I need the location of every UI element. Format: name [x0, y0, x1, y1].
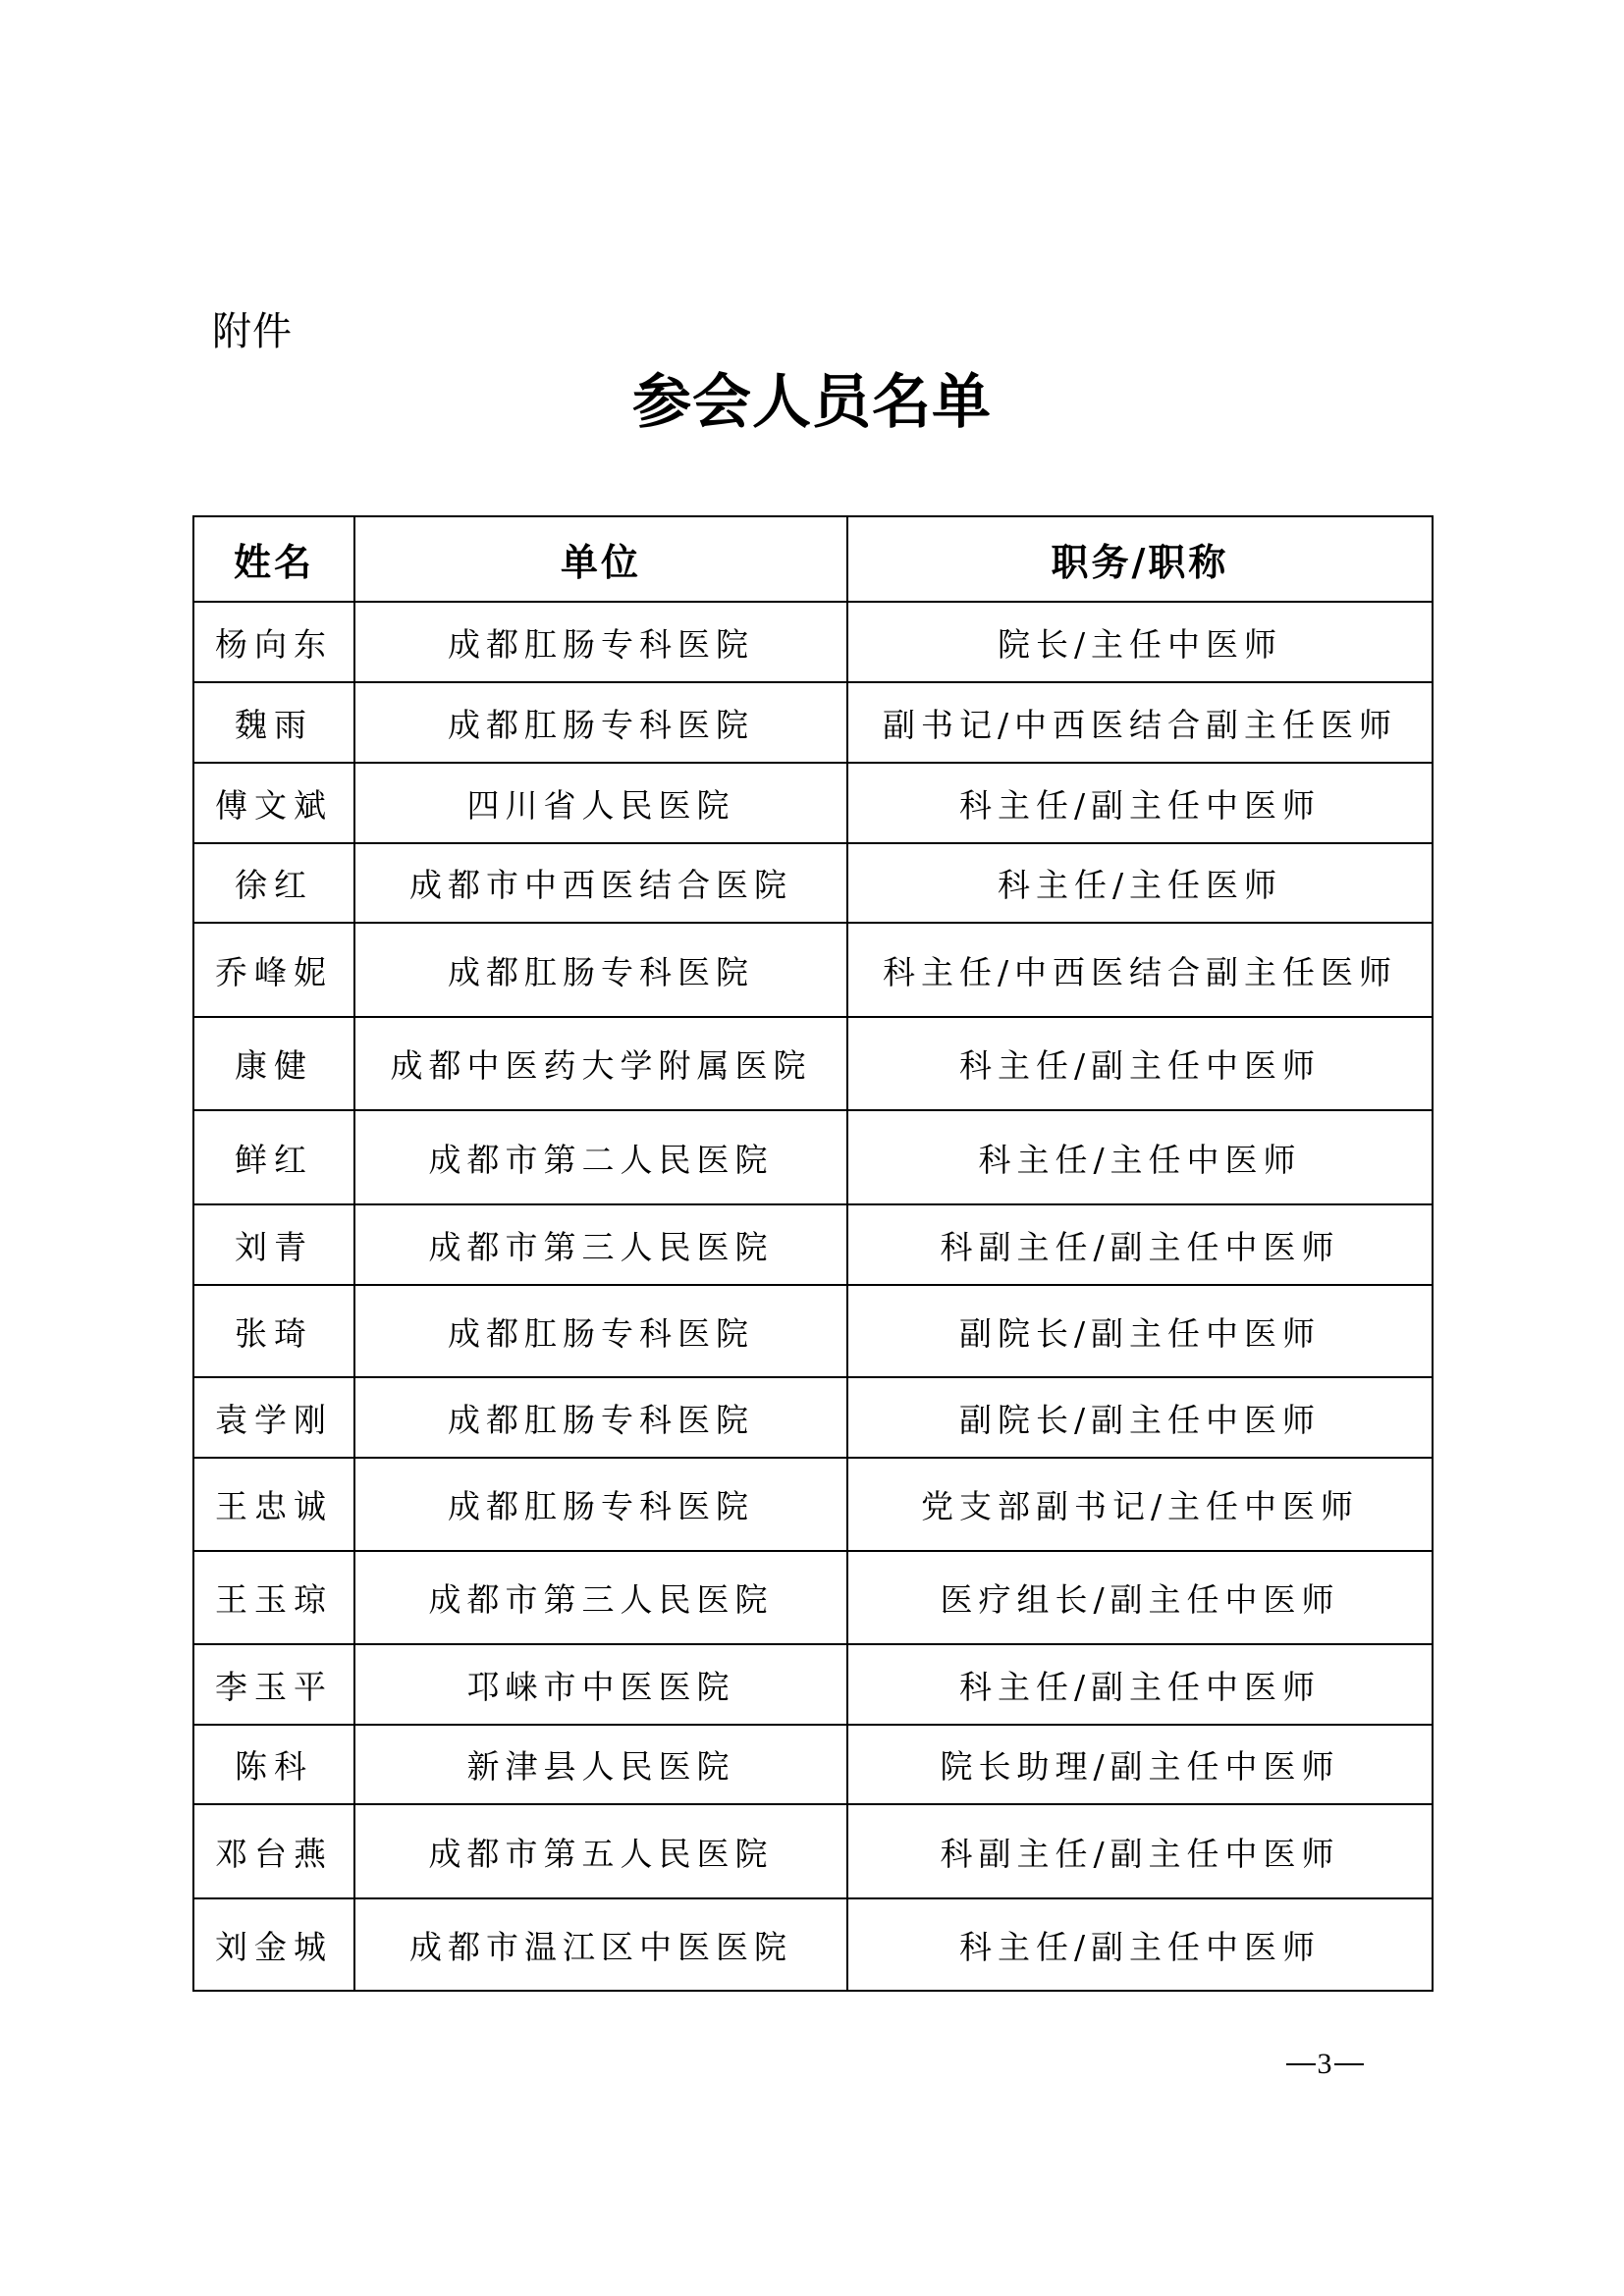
unit-cell: 成都肛肠专科医院: [354, 1458, 847, 1551]
column-header-position: 职务/职称: [847, 516, 1433, 602]
position-cell: 科主任/主任医师: [847, 843, 1433, 923]
table-row: 乔峰妮成都肛肠专科医院科主任/中西医结合副主任医师: [193, 923, 1433, 1017]
table-row: 刘青成都市第三人民医院科副主任/副主任中医师: [193, 1204, 1433, 1285]
table-row: 鲜红成都市第二人民医院科主任/主任中医师: [193, 1110, 1433, 1204]
table-row: 袁学刚成都肛肠专科医院副院长/副主任中医师: [193, 1377, 1433, 1458]
column-header-unit: 单位: [354, 516, 847, 602]
position-cell: 科副主任/副主任中医师: [847, 1804, 1433, 1898]
name-cell: 鲜红: [193, 1110, 354, 1204]
position-cell: 科主任/副主任中医师: [847, 763, 1433, 843]
unit-cell: 成都市中西医结合医院: [354, 843, 847, 923]
unit-cell: 成都肛肠专科医院: [354, 1285, 847, 1377]
name-cell: 康健: [193, 1017, 354, 1110]
unit-cell: 成都肛肠专科医院: [354, 602, 847, 682]
table-row: 康健成都中医药大学附属医院科主任/副主任中医师: [193, 1017, 1433, 1110]
unit-cell: 新津县人民医院: [354, 1725, 847, 1804]
table-row: 张琦成都肛肠专科医院副院长/副主任中医师: [193, 1285, 1433, 1377]
position-cell: 科主任/副主任中医师: [847, 1644, 1433, 1725]
table-row: 李玉平邛崃市中医医院科主任/副主任中医师: [193, 1644, 1433, 1725]
position-cell: 副院长/副主任中医师: [847, 1285, 1433, 1377]
table-row: 徐红成都市中西医结合医院科主任/主任医师: [193, 843, 1433, 923]
position-cell: 科主任/主任中医师: [847, 1110, 1433, 1204]
name-cell: 王忠诚: [193, 1458, 354, 1551]
position-cell: 医疗组长/副主任中医师: [847, 1551, 1433, 1644]
table-row: 傅文斌四川省人民医院科主任/副主任中医师: [193, 763, 1433, 843]
table-row: 刘金城成都市温江区中医医院科主任/副主任中医师: [193, 1898, 1433, 1991]
position-cell: 院长/主任中医师: [847, 602, 1433, 682]
unit-cell: 邛崃市中医医院: [354, 1644, 847, 1725]
unit-cell: 成都市温江区中医医院: [354, 1898, 847, 1991]
name-cell: 傅文斌: [193, 763, 354, 843]
position-cell: 科主任/中西医结合副主任医师: [847, 923, 1433, 1017]
name-cell: 杨向东: [193, 602, 354, 682]
page-number-dash-left: [1286, 2063, 1316, 2065]
position-cell: 副院长/副主任中医师: [847, 1377, 1433, 1458]
table-row: 邓台燕成都市第五人民医院科副主任/副主任中医师: [193, 1804, 1433, 1898]
name-cell: 王玉琼: [193, 1551, 354, 1644]
page-number-dash-right: [1334, 2063, 1364, 2065]
unit-cell: 成都市第三人民医院: [354, 1551, 847, 1644]
unit-cell: 成都市第二人民医院: [354, 1110, 847, 1204]
name-cell: 乔峰妮: [193, 923, 354, 1017]
name-cell: 李玉平: [193, 1644, 354, 1725]
table-body: 杨向东成都肛肠专科医院院长/主任中医师 魏雨成都肛肠专科医院副书记/中西医结合副…: [193, 602, 1433, 1991]
table-row: 杨向东成都肛肠专科医院院长/主任中医师: [193, 602, 1433, 682]
attendee-table: 姓名 单位 职务/职称 杨向东成都肛肠专科医院院长/主任中医师 魏雨成都肛肠专科…: [192, 515, 1434, 1992]
unit-cell: 成都肛肠专科医院: [354, 1377, 847, 1458]
name-cell: 邓台燕: [193, 1804, 354, 1898]
name-cell: 陈科: [193, 1725, 354, 1804]
unit-cell: 成都肛肠专科医院: [354, 923, 847, 1017]
position-cell: 科主任/副主任中医师: [847, 1898, 1433, 1991]
page-number-value: 3: [1316, 2048, 1334, 2081]
position-cell: 科主任/副主任中医师: [847, 1017, 1433, 1110]
page-title: 参会人员名单: [0, 369, 1624, 436]
table-header-row: 姓名 单位 职务/职称: [193, 516, 1433, 602]
name-cell: 刘金城: [193, 1898, 354, 1991]
table-row: 王忠诚成都肛肠专科医院党支部副书记/主任中医师: [193, 1458, 1433, 1551]
table-row: 魏雨成都肛肠专科医院副书记/中西医结合副主任医师: [193, 682, 1433, 763]
unit-cell: 成都中医药大学附属医院: [354, 1017, 847, 1110]
table-row: 王玉琼成都市第三人民医院医疗组长/副主任中医师: [193, 1551, 1433, 1644]
position-cell: 党支部副书记/主任中医师: [847, 1458, 1433, 1551]
table-row: 陈科新津县人民医院院长助理/副主任中医师: [193, 1725, 1433, 1804]
name-cell: 魏雨: [193, 682, 354, 763]
unit-cell: 四川省人民医院: [354, 763, 847, 843]
name-cell: 袁学刚: [193, 1377, 354, 1458]
column-header-name: 姓名: [193, 516, 354, 602]
position-cell: 院长助理/副主任中医师: [847, 1725, 1433, 1804]
unit-cell: 成都市第三人民医院: [354, 1204, 847, 1285]
attachment-label: 附件: [212, 308, 293, 355]
position-cell: 副书记/中西医结合副主任医师: [847, 682, 1433, 763]
unit-cell: 成都肛肠专科医院: [354, 682, 847, 763]
name-cell: 张琦: [193, 1285, 354, 1377]
name-cell: 刘青: [193, 1204, 354, 1285]
page-number: 3: [1274, 2048, 1375, 2081]
name-cell: 徐红: [193, 843, 354, 923]
position-cell: 科副主任/副主任中医师: [847, 1204, 1433, 1285]
unit-cell: 成都市第五人民医院: [354, 1804, 847, 1898]
